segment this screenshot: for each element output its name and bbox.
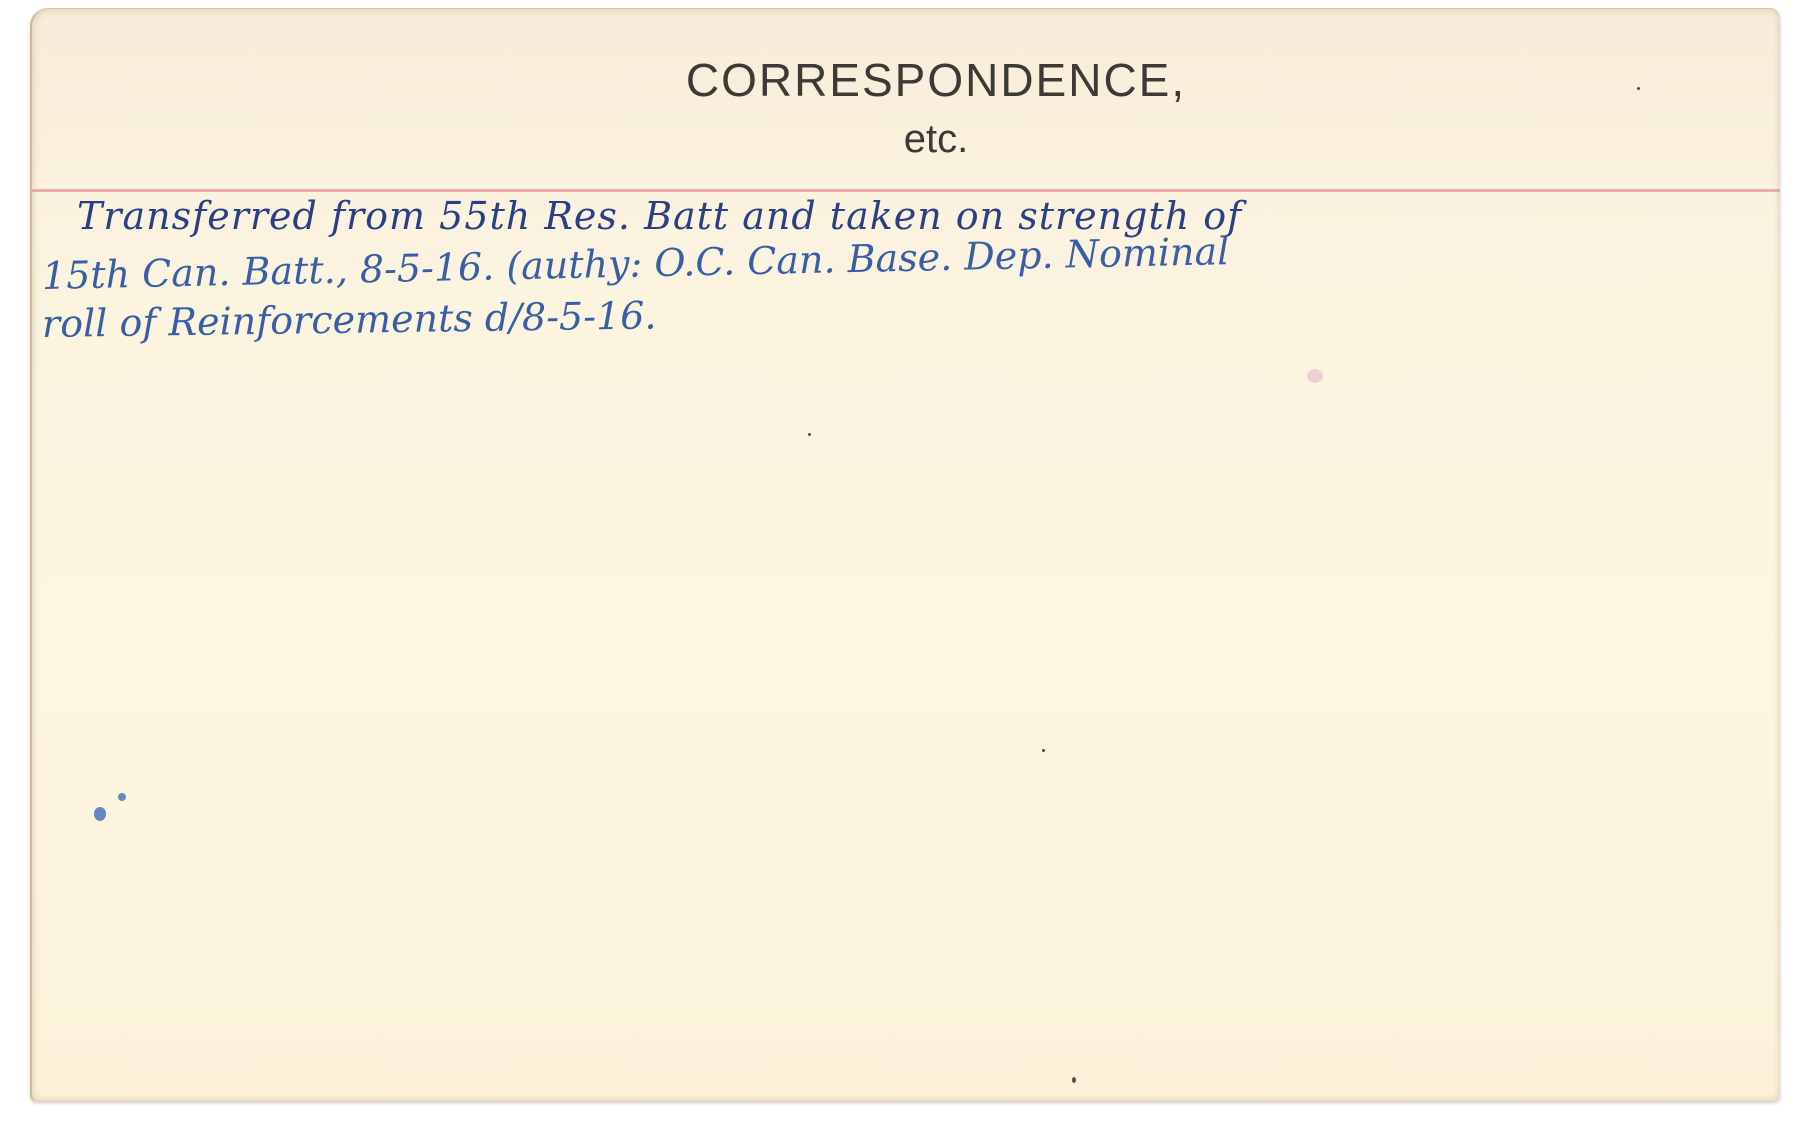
paper-stain	[1307, 369, 1323, 383]
handwritten-line-1: Transferred from 55th Res. Batt and take…	[77, 197, 1242, 235]
handwritten-line-2: 15th Can. Batt., 8-5-16. (authy: O.C. Ca…	[42, 232, 1230, 295]
paper-speck	[1042, 749, 1045, 752]
red-ruled-line	[32, 189, 1780, 192]
card-heading: CORRESPONDENCE,	[62, 57, 1800, 103]
ink-blot-icon	[90, 789, 130, 829]
card-subheading: etc.	[62, 119, 1800, 159]
handwritten-line-3: roll of Reinforcements d/8-5-16.	[42, 296, 657, 343]
paper-speck	[808, 433, 811, 436]
paper-speck	[1637, 87, 1640, 90]
record-card: CORRESPONDENCE, etc. Transferred from 55…	[30, 8, 1780, 1101]
paper-speck	[1072, 1077, 1076, 1083]
